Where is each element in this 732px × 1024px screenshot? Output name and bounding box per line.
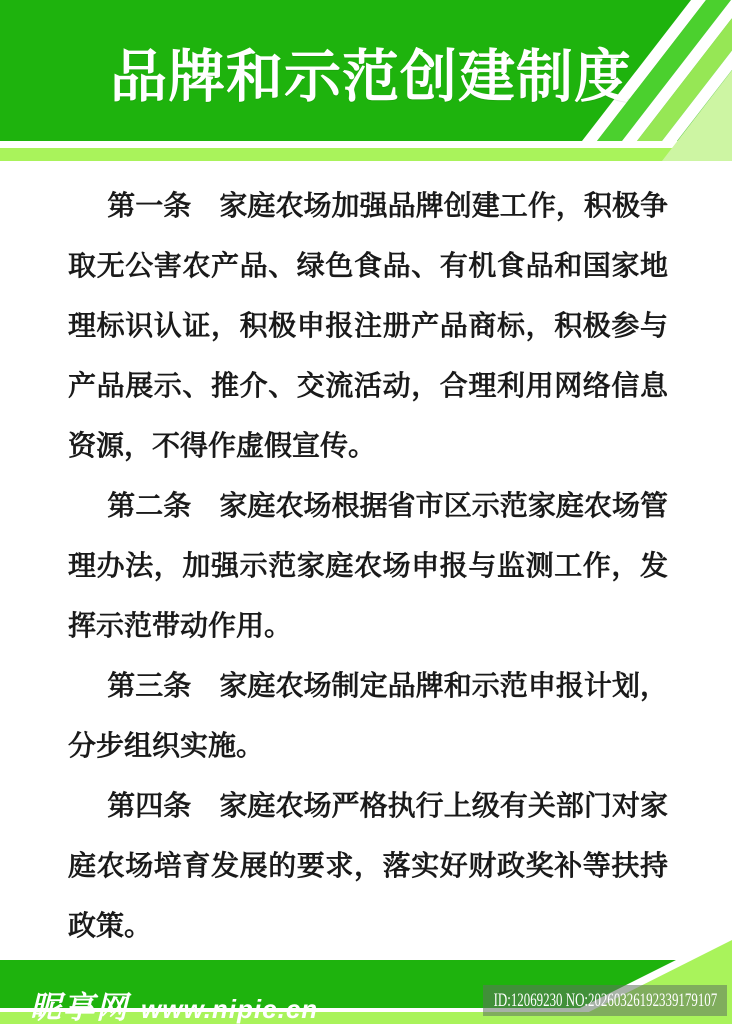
article-paragraph-3: 第三条 家庭农场制定品牌和示范申报计划，分步组织实施。 <box>68 656 668 776</box>
header-banner: 品牌和示范创建制度 <box>0 0 732 170</box>
header-yellow-green-strip <box>0 148 732 161</box>
site-logo: 昵享网 www.nipic.cn <box>30 982 318 1024</box>
article-paragraph-4: 第四条 家庭农场严格执行上级有关部门对家庭农场培育发展的要求，落实好财政奖补等扶… <box>68 776 668 956</box>
content-section: 第一条 家庭农场加强品牌创建工作，积极争取无公害农产品、绿色食品、有机食品和国家… <box>0 176 732 956</box>
site-name: 昵享网 <box>30 982 129 1024</box>
article-paragraph-1: 第一条 家庭农场加强品牌创建工作，积极争取无公害农产品、绿色食品、有机食品和国家… <box>68 176 668 476</box>
article-paragraph-2: 第二条 家庭农场根据省市区示范家庭农场管理办法，加强示范家庭农场申报与监测工作，… <box>68 476 668 656</box>
image-id-badge: ID:12069230 NO:20260326192339179107 <box>483 985 727 1016</box>
poster-page: 品牌和示范创建制度 第一条 家庭农场加强品牌创建工作，积极争取无公害农产品、绿色… <box>0 0 732 1024</box>
poster-title: 品牌和示范创建制度 <box>110 46 632 109</box>
footer-banner: 昵享网 www.nipic.cn ID:12069230 NO:20260326… <box>0 940 732 1024</box>
image-id-text: ID:12069230 NO:20260326192339179107 <box>493 990 717 1012</box>
site-url: www.nipic.cn <box>141 994 318 1024</box>
